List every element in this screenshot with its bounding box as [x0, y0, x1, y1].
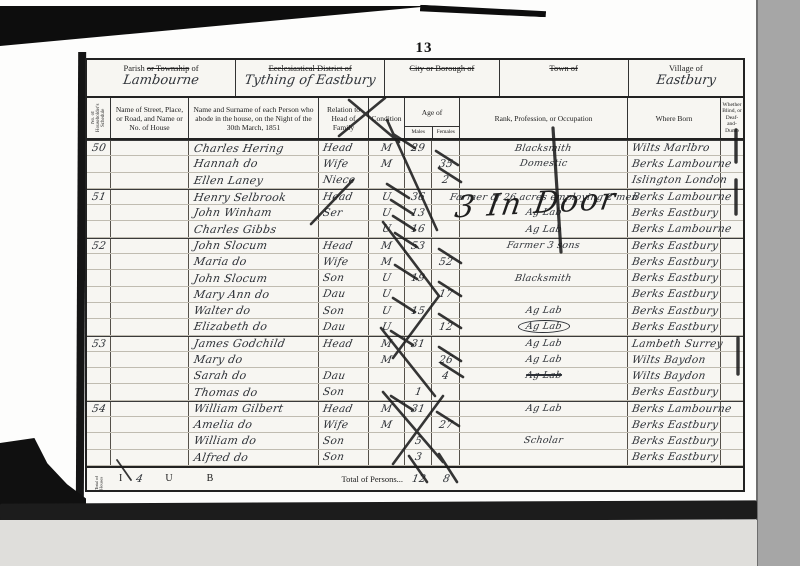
table-row: 52John SlocumHeadM53Farmer 3 sonsBerks E…: [87, 238, 743, 254]
name-cell: James Godchild: [189, 337, 319, 351]
relation-cell: Head: [319, 141, 369, 155]
name-cell: Mary Ann do: [189, 287, 319, 302]
age-female-cell: 2: [432, 173, 460, 188]
city-label: City or Borough of: [385, 63, 498, 73]
street-cell: [111, 270, 189, 285]
village-value: Eastbury: [628, 73, 744, 88]
occupation-cell: Ag Lab: [460, 221, 628, 236]
table-row: John WinhamSerU13Ag LabBerks Eastbury: [87, 205, 743, 221]
street-cell: [111, 402, 189, 416]
age-male-cell: [405, 156, 432, 171]
town-label: Town of: [500, 63, 628, 73]
born-cell: Berks Eastbury: [628, 450, 721, 465]
street-cell: [111, 221, 189, 236]
table-row: 51Henry SelbrookHeadU36Farmer of 26 acre…: [87, 189, 743, 205]
age-female-cell: [432, 384, 460, 399]
age-female-cell: [432, 450, 460, 465]
relation-cell: Dau: [319, 368, 369, 383]
born-cell: Lambeth Surrey: [628, 337, 721, 351]
schedule-cell: 54: [87, 402, 111, 416]
born-cell: Wilts Baydon: [628, 368, 721, 383]
age-male-cell: 1: [405, 384, 432, 399]
blind-cell: [721, 319, 743, 334]
relation-cell: [319, 221, 369, 236]
name-cell: Elizabeth do: [189, 319, 319, 334]
relation-cell: Son: [319, 450, 369, 465]
blind-cell: [721, 173, 743, 188]
street-cell: [111, 303, 189, 318]
condition-cell: [369, 368, 405, 383]
schedule-cell: [87, 205, 111, 220]
column-header-name: Name and Surname of each Person who abod…: [189, 98, 319, 138]
street-cell: [111, 337, 189, 351]
born-cell: Berks Eastbury: [628, 270, 721, 285]
schedule-cell: [87, 417, 111, 432]
born-cell: Berks Eastbury: [628, 319, 721, 334]
condition-cell: U: [369, 205, 405, 220]
born-cell: Berks Lambourne: [628, 156, 721, 171]
born-cell: Berks Eastbury: [628, 417, 721, 432]
table-row: Ellen LaneyNiece2Islington London: [87, 173, 743, 189]
street-cell: [111, 141, 189, 155]
building-letter: B: [207, 473, 214, 484]
condition-cell: M: [369, 239, 405, 253]
column-header-born: Where Born: [628, 98, 721, 138]
table-row: 50Charles HeringHeadM29BlacksmithWilts M…: [87, 140, 743, 156]
parish-label: Parish or Township of: [87, 63, 235, 73]
table-row: Elizabeth doDauU12Ag LabBerks Eastbury: [87, 319, 743, 335]
age-male-cell: 15: [405, 303, 432, 318]
name-cell: Thomas do: [189, 384, 319, 399]
schedule-cell: [87, 450, 111, 465]
total-houses-label: Total of Houses: [95, 468, 104, 490]
scan-artifact-top-tail: [420, 5, 546, 17]
age-female-cell: [432, 141, 460, 155]
condition-cell: U: [369, 287, 405, 302]
scan-edge-right: [756, 0, 800, 566]
schedule-cell: [87, 433, 111, 448]
blind-cell: [721, 450, 743, 465]
table-row: Walter doSonU15Ag LabBerks Eastbury: [87, 303, 743, 319]
condition-cell: U: [369, 221, 405, 236]
houses-counts: I 4 U B: [111, 473, 319, 485]
relation-cell: Dau: [319, 287, 369, 302]
condition-cell: [369, 433, 405, 448]
blind-cell: [721, 156, 743, 171]
age-female-cell: [432, 221, 460, 236]
age-male-cell: [405, 254, 432, 269]
occupation-cell: Scholar: [460, 433, 628, 448]
street-cell: [111, 368, 189, 383]
age-male-cell: [405, 287, 432, 302]
district-label: Ecclesiastical District of: [236, 63, 384, 73]
village-label: Village of: [629, 63, 743, 73]
blind-cell: [721, 239, 743, 253]
condition-cell: M: [369, 156, 405, 171]
schedule-cell: 50: [87, 141, 111, 155]
relation-cell: Head: [319, 337, 369, 351]
street-cell: [111, 352, 189, 367]
age-female-cell: 35: [432, 156, 460, 171]
schedule-cell: [87, 384, 111, 399]
schedule-cell: [87, 319, 111, 334]
condition-cell: M: [369, 402, 405, 416]
uninhabited-letter: U: [165, 473, 172, 484]
name-cell: Mary do: [189, 352, 319, 367]
relation-cell: Ser: [319, 205, 369, 220]
street-cell: [111, 287, 189, 302]
relation-cell: Son: [319, 270, 369, 285]
condition-cell: [369, 450, 405, 465]
born-cell: Berks Lambourne: [628, 402, 721, 416]
census-form: Parish or Township of Lambourne Ecclesia…: [85, 58, 745, 492]
scan-margin-bottom: [0, 520, 757, 566]
age-male-cell: 13: [405, 205, 432, 220]
name-cell: Alfred do: [189, 450, 319, 465]
street-cell: [111, 319, 189, 334]
age-female-cell: [432, 270, 460, 285]
age-male-cell: 53: [405, 239, 432, 253]
name-cell: Henry Selbrook: [189, 190, 319, 204]
age-male-cell: [405, 417, 432, 432]
column-header-blind: Whether Blind, or Deaf-and-Dumb: [721, 98, 743, 138]
blind-cell: [721, 384, 743, 399]
column-header-street: Name of Street, Place, or Road, and Name…: [111, 98, 189, 138]
table-row: Amelia doWifeM27Berks Eastbury: [87, 417, 743, 433]
street-cell: [111, 417, 189, 432]
relation-cell: Head: [319, 239, 369, 253]
condition-cell: U: [369, 319, 405, 334]
age-female-cell: 12: [432, 319, 460, 334]
born-cell: Berks Lambourne: [628, 190, 721, 204]
schedule-cell: 52: [87, 239, 111, 253]
city-header: City or Borough of: [385, 60, 499, 96]
parish-header: Parish or Township of Lambourne: [87, 60, 236, 96]
column-header-age-females: Females: [433, 127, 460, 138]
town-header: Town of: [500, 60, 629, 96]
table-row: Maria doWifeM52Berks Eastbury: [87, 254, 743, 270]
name-cell: Sarah do: [189, 368, 319, 383]
name-cell: William do: [189, 433, 319, 448]
schedule-cell: 53: [87, 337, 111, 351]
table-row: Thomas doSon1Berks Eastbury: [87, 384, 743, 400]
occupation-cell: Ag Lab: [460, 352, 628, 367]
blind-cell: [721, 303, 743, 318]
born-cell: Islington London: [628, 173, 721, 188]
blind-cell: [721, 221, 743, 236]
relation-cell: Niece: [319, 173, 369, 188]
column-header-occupation: Rank, Profession, or Occupation: [460, 98, 628, 138]
street-cell: [111, 205, 189, 220]
street-cell: [111, 239, 189, 253]
born-cell: Berks Eastbury: [628, 239, 721, 253]
schedule-cell: [87, 352, 111, 367]
blind-cell: [721, 417, 743, 432]
age-female-cell: [432, 239, 460, 253]
blind-cell: [721, 352, 743, 367]
table-row: 54William GilbertHeadM31Ag LabBerks Lamb…: [87, 401, 743, 417]
street-cell: [111, 190, 189, 204]
condition-cell: M: [369, 337, 405, 351]
age-female-cell: 17: [432, 287, 460, 302]
blind-cell: [721, 190, 743, 204]
name-cell: Hannah do: [189, 156, 319, 171]
name-cell: William Gilbert: [189, 402, 319, 416]
age-male-cell: 19: [405, 270, 432, 285]
relation-cell: Head: [319, 402, 369, 416]
age-male-cell: 16: [405, 221, 432, 236]
age-female-cell: 26: [432, 352, 460, 367]
form-header: Parish or Township of Lambourne Ecclesia…: [87, 60, 743, 98]
age-female-cell: 52: [432, 254, 460, 269]
total-females: 8: [441, 473, 450, 485]
table-row: Alfred doSon3Berks Eastbury: [87, 450, 743, 466]
column-header-condition: Condition: [369, 98, 405, 138]
occupation-cell: [460, 173, 628, 188]
relation-cell: Son: [319, 303, 369, 318]
age-female-cell: [432, 303, 460, 318]
occupation-cell: Ag Lab: [460, 337, 628, 351]
scan-artifact-top-wedge: [0, 6, 432, 46]
blind-cell: [721, 433, 743, 448]
schedule-cell: [87, 270, 111, 285]
schedule-cell: [87, 156, 111, 171]
table-row: John SlocumSonU19BlacksmithBerks Eastbur…: [87, 270, 743, 286]
born-cell: Wilts Marlbro: [628, 141, 721, 155]
born-cell: Berks Eastbury: [628, 384, 721, 399]
age-male-cell: 31: [405, 402, 432, 416]
street-cell: [111, 254, 189, 269]
relation-cell: Dau: [319, 319, 369, 334]
schedule-cell: [87, 368, 111, 383]
page-number: 13: [400, 40, 448, 57]
blind-cell: [721, 254, 743, 269]
column-headers: No. of Householder's Schedule Name of St…: [87, 98, 743, 140]
condition-cell: U: [369, 303, 405, 318]
relation-cell: Wife: [319, 417, 369, 432]
relation-cell: [319, 352, 369, 367]
inhabited-letter: I: [119, 473, 122, 484]
table-row: Mary Ann doDauU17Berks Eastbury: [87, 287, 743, 303]
occupation-cell: Blacksmith: [460, 270, 628, 285]
born-cell: Berks Lambourne: [628, 221, 721, 236]
age-male-cell: 29: [405, 141, 432, 155]
occupation-cell: Ag Lab: [460, 205, 628, 220]
occupation-cell: [460, 384, 628, 399]
age-male-cell: [405, 319, 432, 334]
table-row: Charles GibbsU16Ag LabBerks Lambourne: [87, 221, 743, 237]
street-cell: [111, 433, 189, 448]
table-row: William doSon5ScholarBerks Eastbury: [87, 433, 743, 449]
name-cell: Charles Gibbs: [189, 221, 319, 236]
condition-cell: M: [369, 254, 405, 269]
name-cell: John Slocum: [189, 239, 319, 253]
occupation-cell: Blacksmith: [460, 141, 628, 155]
age-female-cell: 27: [432, 417, 460, 432]
age-male-cell: [405, 173, 432, 188]
born-cell: Wilts Baydon: [628, 352, 721, 367]
column-header-age-males: Males: [405, 127, 433, 138]
schedule-cell: [87, 254, 111, 269]
column-header-relation: Relation to Head of Family: [319, 98, 369, 138]
condition-cell: U: [369, 190, 405, 204]
schedule-cell: [87, 303, 111, 318]
age-female-cell: [432, 337, 460, 351]
column-header-age: Age of Males Females: [405, 98, 460, 138]
street-cell: [111, 173, 189, 188]
name-cell: John Winham: [189, 205, 319, 220]
occupation-cell: [460, 254, 628, 269]
occupation-cell: Ag Lab: [460, 319, 628, 334]
condition-cell: [369, 384, 405, 399]
table-row: Sarah doDau4Ag LabWilts Baydon: [87, 368, 743, 384]
name-cell: Charles Hering: [189, 141, 319, 155]
occupation-cell: [460, 417, 628, 432]
born-cell: Berks Eastbury: [628, 205, 721, 220]
district-value: Tything of Eastbury: [235, 73, 385, 88]
schedule-cell: [87, 173, 111, 188]
total-persons-label: Total of Persons...: [319, 474, 405, 484]
relation-cell: Son: [319, 384, 369, 399]
born-cell: Berks Eastbury: [628, 433, 721, 448]
blind-cell: [721, 205, 743, 220]
census-rows: 50Charles HeringHeadM29BlacksmithWilts M…: [87, 140, 743, 466]
relation-cell: Wife: [319, 156, 369, 171]
total-males: 12: [410, 473, 426, 485]
blind-cell: [721, 402, 743, 416]
born-cell: Berks Eastbury: [628, 287, 721, 302]
totals-row: Total of Houses I 4 U B Total of Persons…: [87, 466, 743, 490]
schedule-cell: 51: [87, 190, 111, 204]
occupation-cell: [460, 287, 628, 302]
age-male-cell: [405, 352, 432, 367]
name-cell: Maria do: [189, 254, 319, 269]
age-female-cell: [432, 205, 460, 220]
occupation-cell: Domestic: [460, 156, 628, 171]
occupation-cell: Ag Lab: [460, 368, 628, 383]
age-male-cell: 3: [405, 450, 432, 465]
occupation-cell: Farmer of 26 acres employing 2 men: [460, 190, 628, 204]
condition-cell: M: [369, 352, 405, 367]
name-cell: Amelia do: [189, 417, 319, 432]
condition-cell: U: [369, 270, 405, 285]
age-male-cell: 36: [405, 190, 432, 204]
age-female-cell: 4: [432, 368, 460, 383]
occupation-cell: Ag Lab: [460, 402, 628, 416]
blind-cell: [721, 270, 743, 285]
name-cell: John Slocum: [189, 270, 319, 285]
schedule-cell: [87, 287, 111, 302]
street-cell: [111, 384, 189, 399]
name-cell: Ellen Laney: [189, 173, 319, 188]
relation-cell: Son: [319, 433, 369, 448]
parish-value: Lambourne: [86, 73, 236, 88]
schedule-cell: [87, 221, 111, 236]
age-male-cell: 31: [405, 337, 432, 351]
street-cell: [111, 156, 189, 171]
age-female-cell: [432, 433, 460, 448]
relation-cell: Wife: [319, 254, 369, 269]
born-cell: Berks Eastbury: [628, 254, 721, 269]
table-row: Mary doM26Ag LabWilts Baydon: [87, 352, 743, 368]
inhabited-value: 4: [135, 473, 144, 485]
table-row: Hannah doWifeM35DomesticBerks Lambourne: [87, 156, 743, 172]
age-male-cell: 5: [405, 433, 432, 448]
blind-cell: [721, 141, 743, 155]
condition-cell: [369, 173, 405, 188]
blind-cell: [721, 287, 743, 302]
blind-cell: [721, 337, 743, 351]
age-female-cell: [432, 402, 460, 416]
age-male-cell: [405, 368, 432, 383]
table-row: 53James GodchildHeadM31Ag LabLambeth Sur…: [87, 336, 743, 352]
district-header: Ecclesiastical District of Tything of Ea…: [236, 60, 385, 96]
village-header: Village of Eastbury: [629, 60, 743, 96]
born-cell: Berks Eastbury: [628, 303, 721, 318]
name-cell: Walter do: [189, 303, 319, 318]
relation-cell: Head: [319, 190, 369, 204]
occupation-cell: Farmer 3 sons: [460, 239, 628, 253]
occupation-cell: [460, 450, 628, 465]
occupation-cell: Ag Lab: [460, 303, 628, 318]
street-cell: [111, 450, 189, 465]
condition-cell: M: [369, 141, 405, 155]
blind-cell: [721, 368, 743, 383]
column-header-schedule: No. of Householder's Schedule: [87, 98, 111, 138]
condition-cell: M: [369, 417, 405, 432]
